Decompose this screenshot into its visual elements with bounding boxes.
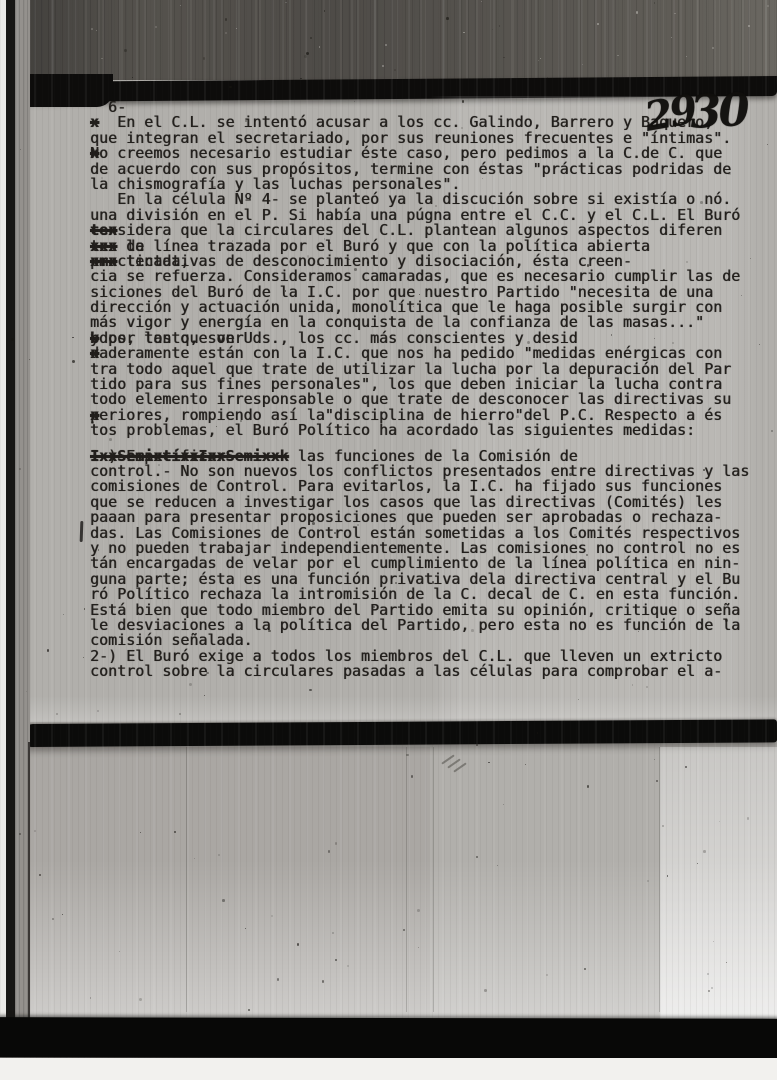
speck <box>309 689 311 691</box>
scan-page: 6- En el C.L. se intentó acusar a los cc… <box>0 0 777 1080</box>
speck <box>587 785 590 788</box>
speck <box>72 337 73 338</box>
speck <box>771 430 773 432</box>
fold-shadow-band <box>24 719 777 747</box>
scratch-mark <box>453 762 466 772</box>
left-margin-line <box>28 742 30 1018</box>
bottom-edge-band <box>0 1017 777 1059</box>
paper-crease-line <box>186 747 187 1012</box>
speck <box>189 683 192 686</box>
speck <box>83 657 85 659</box>
fold-highlight <box>30 696 777 722</box>
speck <box>84 608 86 610</box>
text-line: control sobre la circulares pasadas a la… <box>90 664 289 679</box>
speck <box>767 144 768 145</box>
speck <box>476 856 478 858</box>
speck <box>488 762 490 764</box>
bottom-light-fade <box>15 860 777 1018</box>
speck <box>72 360 75 363</box>
bottom-margin <box>0 1058 777 1080</box>
speck <box>654 759 655 760</box>
text-line: tos problemas, el Buró Político ha acord… <box>90 423 289 438</box>
speck <box>476 744 478 746</box>
scratch-mark <box>441 754 454 764</box>
paper-crease-line <box>659 747 660 1012</box>
speck <box>63 614 64 615</box>
speck <box>525 764 526 765</box>
handwritten-number-second: 30 <box>688 83 747 139</box>
typewritten-text: 6- En el C.L. se intentó acusar a los cc… <box>90 100 289 679</box>
speck <box>354 101 355 102</box>
top-shadow-texture <box>6 0 777 80</box>
scratch-mark <box>447 758 460 768</box>
paper-crease-line <box>406 747 407 1012</box>
speck <box>503 804 504 805</box>
left-edge-bar <box>6 0 15 1040</box>
speck <box>47 649 49 651</box>
paper-crease-line <box>433 747 434 1012</box>
margin-pen-mark <box>80 521 84 542</box>
